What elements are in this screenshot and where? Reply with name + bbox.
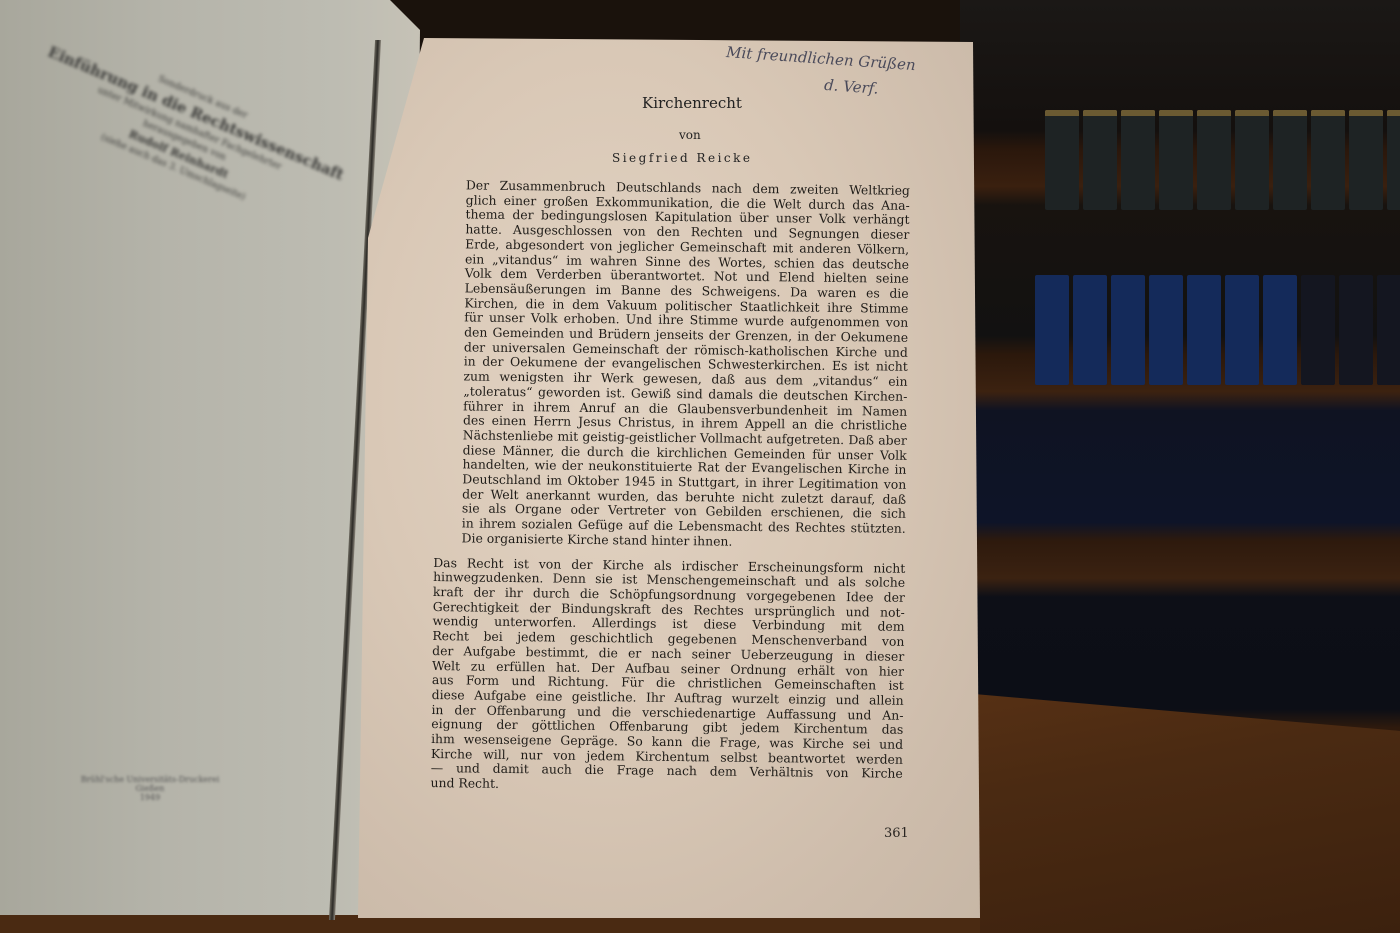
imprint-line: Brühl'sche Universitäts-Druckerei Gießen bbox=[70, 775, 230, 793]
byline-von: von bbox=[679, 128, 701, 142]
bookshelf-row-upper bbox=[1045, 110, 1400, 210]
author-name: Siegfried Reicke bbox=[612, 151, 753, 165]
page-number: 361 bbox=[884, 826, 909, 841]
paragraph-1: Der Zusammenbruch Deutschlands nach dem … bbox=[428, 178, 910, 551]
body-text: Der Zusammenbruch Deutschlands nach dem … bbox=[424, 178, 910, 807]
paragraph-2: Das Recht ist von der Kirche als irdisch… bbox=[425, 556, 906, 797]
imprint-line: 1949 bbox=[70, 793, 230, 802]
left-page-title-block: Sonderdruck aus der Einführung in die Re… bbox=[4, 20, 371, 245]
bookshelf-row-blue bbox=[1035, 275, 1400, 385]
chapter-title: Kirchenrecht bbox=[642, 94, 742, 112]
left-page-imprint: Brühl'sche Universitäts-Druckerei Gießen… bbox=[70, 775, 230, 802]
